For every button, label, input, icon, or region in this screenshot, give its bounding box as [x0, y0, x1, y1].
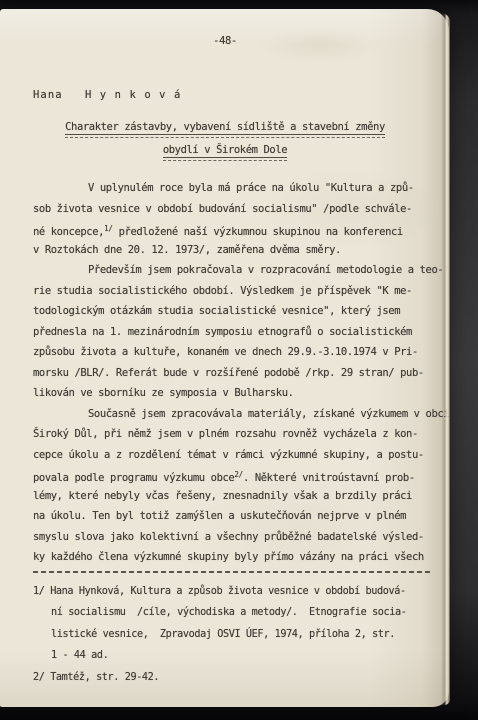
- article-title: Charakter zástavby, vybavení sídliště a …: [33, 116, 417, 162]
- text-line: likován ve sborníku ze symposia v Bulhar…: [33, 383, 417, 404]
- text-line: lémy, které nebyly včas řešeny, znesnadn…: [33, 486, 417, 507]
- text-line: ky každého člena výzkumné skupiny byly p…: [33, 547, 417, 568]
- footnote-marker-2: 2/: [234, 470, 243, 479]
- text-line: způsobu života a kultuře, konaném ve dne…: [33, 342, 417, 363]
- footnote-1: 1/ Hana Hynková, Kultura a způsob života…: [33, 581, 417, 667]
- text-segment: povala podle programu výzkumu obce: [33, 472, 234, 484]
- title-line-1: Charakter zástavby, vybavení sídliště a …: [33, 116, 417, 139]
- title-line-2: obydlí v Širokém Dole: [33, 139, 417, 162]
- footnote-separator-line: [33, 571, 430, 573]
- text-line: v Roztokách dne 20. 12. 1973/, zaměřena …: [33, 240, 417, 261]
- text-line: povala podle programu výzkumu obce2/. Ně…: [33, 465, 417, 486]
- footnote-marker-1: 1/: [104, 224, 113, 233]
- text-line: todologickým otázkám studia socialistick…: [33, 301, 417, 322]
- paragraph-2: Především jsem pokračovala v rozpracován…: [33, 260, 417, 404]
- text-line: cepce úkolu a z rozdělení témat v rámci …: [33, 445, 417, 466]
- text-line: V uplynulém roce byla má práce na úkolu …: [33, 178, 417, 199]
- body-text: V uplynulém roce byla má práce na úkolu …: [33, 178, 417, 568]
- text-line: morsku /BLR/. Referát bude v rozšířené p…: [33, 363, 417, 384]
- text-line: Široký Důl, při němž jsem v plném rozsah…: [33, 424, 417, 445]
- page-content: -48- Hana H y n k o v á Charakter zástav…: [0, 9, 449, 707]
- footnote-2: 2/ Tamtéž, str. 29-42.: [33, 667, 417, 689]
- title-underline-1: Charakter zástavby, vybavení sídliště a …: [65, 121, 385, 135]
- text-line: přednesla na 1. mezinárodním symposiu et…: [33, 322, 417, 343]
- page-number: -48-: [33, 34, 417, 49]
- text-line: rie studia socialistického období. Výsle…: [33, 281, 417, 302]
- footnote-line: ní socialismu /cíle, východiska a metody…: [33, 602, 417, 624]
- author-name: Hana H y n k o v á: [33, 88, 417, 103]
- text-segment: . Některé vnitroústavní prob-: [243, 472, 415, 484]
- footnote-line: 2/ Tamtéž, str. 29-42.: [33, 667, 417, 689]
- text-line: sob života vesnice v období budování soc…: [33, 199, 417, 220]
- photo-background: -48- Hana H y n k o v á Charakter zástav…: [0, 0, 478, 720]
- paragraph-3: Současně jsem zpracovávala materiály, zí…: [33, 404, 417, 568]
- footnote-line: listické vesnice, Zpravodaj OSVI ÚEF, 19…: [33, 624, 417, 646]
- text-line: smyslu slova jako kolektivní a všechny p…: [33, 527, 417, 548]
- text-line: Především jsem pokračovala v rozpracován…: [33, 260, 417, 281]
- text-line: né koncepce,1/ předložené naší výzkumnou…: [33, 219, 417, 240]
- text-segment: né koncepce,: [33, 226, 104, 238]
- footnote-line: 1/ Hana Hynková, Kultura a způsob života…: [33, 581, 417, 603]
- paragraph-1: V uplynulém roce byla má práce na úkolu …: [33, 178, 417, 260]
- text-line: na úkolu. Ten byl totiž zamýšlen a uskut…: [33, 506, 417, 527]
- document-page: -48- Hana H y n k o v á Charakter zástav…: [0, 9, 449, 707]
- footnote-line: 1 - 44 ad.: [33, 645, 417, 667]
- title-underline-2: obydlí v Širokém Dole: [163, 144, 287, 158]
- footnotes: 1/ Hana Hynková, Kultura a způsob života…: [33, 581, 417, 689]
- text-segment: předložené naší výzkumnou skupinou na ko…: [113, 226, 403, 238]
- text-line: Současně jsem zpracovávala materiály, zí…: [33, 404, 417, 425]
